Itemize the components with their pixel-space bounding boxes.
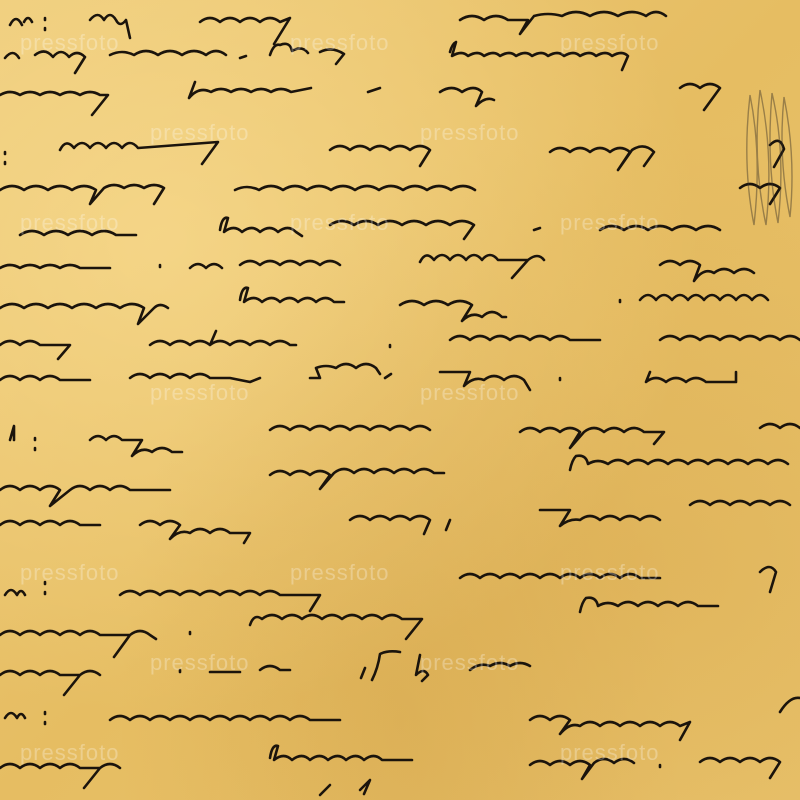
watermark: pressfoto bbox=[290, 210, 390, 236]
watermark: pressfoto bbox=[420, 650, 520, 676]
watermark: pressfoto bbox=[20, 740, 120, 766]
watermark: pressfoto bbox=[20, 30, 120, 56]
watermark: pressfoto bbox=[560, 30, 660, 56]
watermark: pressfoto bbox=[290, 30, 390, 56]
watermark: pressfoto bbox=[420, 380, 520, 406]
watermark: pressfoto bbox=[560, 210, 660, 236]
pencil-scribble-mark bbox=[740, 85, 800, 235]
watermark: pressfoto bbox=[150, 120, 250, 146]
watermark: pressfoto bbox=[290, 560, 390, 586]
watermark: pressfoto bbox=[150, 650, 250, 676]
watermark: pressfoto bbox=[560, 560, 660, 586]
watermark: pressfoto bbox=[20, 560, 120, 586]
watermark: pressfoto bbox=[560, 740, 660, 766]
watermark: pressfoto bbox=[20, 210, 120, 236]
watermark: pressfoto bbox=[420, 120, 520, 146]
watermark: pressfoto bbox=[150, 380, 250, 406]
handwriting bbox=[0, 0, 800, 800]
